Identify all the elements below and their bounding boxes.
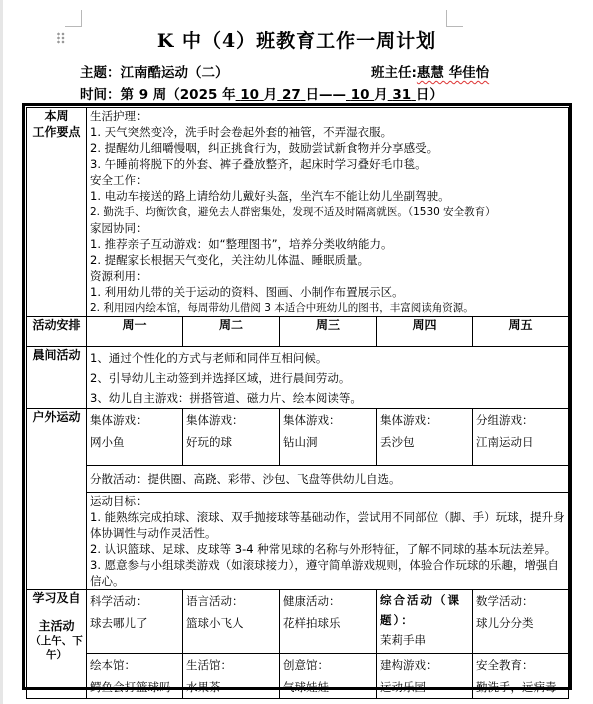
game-name: 江南运动日: [476, 431, 565, 453]
activity-type: 建构游戏：: [380, 654, 469, 676]
day-wednesday: 周三: [280, 317, 377, 347]
activity-name: 勤洗手，远病毒: [476, 676, 565, 698]
crop-mark-top-right: [446, 10, 463, 27]
label-line-2: 工作要点: [30, 124, 83, 140]
date-dash: ——: [319, 87, 346, 103]
outdoor-game-thu[interactable]: 集体游戏：丢沙包: [377, 409, 473, 466]
game-name: 钻山洞: [283, 431, 373, 453]
goal-2: 2. 认识篮球、足球、皮球等 3-4 种常见球的名称与外形特征，了解不同球的基本…: [90, 541, 565, 557]
time-label: 时间：: [80, 87, 121, 103]
day-friday: 周五: [473, 317, 569, 347]
afternoon-thu[interactable]: 建构游戏：运动乐园: [377, 654, 473, 699]
outdoor-goals[interactable]: 运动目标： 1. 能熟练完成拍球、滚球、双手抛接球等基础动作，尝试用不同部位（脚…: [87, 493, 569, 590]
outdoor-game-mon[interactable]: 集体游戏：网小鱼: [87, 409, 183, 466]
outdoor-free-row: 分散活动：提供圈、高跷、彩带、沙包、飞盘等供幼儿自选。: [27, 466, 569, 493]
activity-name: 茉莉手串: [380, 630, 469, 650]
document-title: K 中（4）班教育工作一周计划: [0, 26, 593, 53]
care-item-3: 3. 午睡前将脱下的外套、裤子叠放整齐，起床时学习叠好毛巾毯。: [90, 156, 565, 172]
weekly-focus-content[interactable]: 生活护理： 1. 天气突然变冷，洗手时会卷起外套的袖管，不弄湿衣服。 2. 提醒…: [87, 108, 569, 317]
afternoon-wed[interactable]: 创意馆：气球娃娃: [280, 654, 377, 699]
activity-type: 生活馆：: [186, 654, 276, 676]
teacher-names: 惠慧 华佳怡: [417, 65, 489, 81]
afternoon-mon[interactable]: 绘本馆：鳄鱼会打篮球吗: [87, 654, 183, 699]
outdoor-label: 户外运动: [27, 409, 87, 590]
morning-item-3: 3、幼儿自主游戏：拼搭管道、磁力片、绘本阅读等。: [90, 388, 565, 408]
outdoor-game-tue[interactable]: 集体游戏：好玩的球: [183, 409, 280, 466]
game-type: 集体游戏：: [186, 409, 276, 431]
outdoor-games-row: 户外运动 集体游戏：网小鱼 集体游戏：好玩的球 集体游戏：钻山洞 集体游戏：丢沙…: [27, 409, 569, 466]
outdoor-goals-row: 运动目标： 1. 能熟练完成拍球、滚球、双手抛接球等基础动作，尝试用不同部位（脚…: [27, 493, 569, 590]
theme-value: 江南酷运动（二）: [121, 65, 229, 81]
activity-name: 球儿分分类: [476, 612, 565, 634]
safety-item-1: 1. 电动车接送的路上请给幼儿戴好头盔，坐汽车不能让幼儿坐副驾驶。: [90, 188, 565, 204]
game-type: 分组游戏：: [476, 409, 565, 431]
learning-label: 学习及自 主活动 （上午、下午）: [27, 590, 87, 699]
crop-mark-top-left: [65, 10, 82, 27]
learning-label-3: （上午、下午）: [30, 634, 83, 662]
day-tuesday: 周二: [183, 317, 280, 347]
weekly-plan-table: 本周 工作要点 生活护理： 1. 天气突然变冷，洗手时会卷起外套的袖管，不弄湿衣…: [22, 103, 572, 690]
resources-item-1: 1. 利用幼儿带的关于运动的资料、图画、小制作布置展示区。: [90, 284, 565, 300]
end-month: 10: [346, 87, 374, 103]
morning-label: 晨间活动: [27, 347, 87, 409]
resources-item-2: 2. 利用园内绘本馆，每周带幼儿借阅 3 本适合中班幼儿的图书，丰富阅读角资源。: [90, 300, 565, 316]
time-line: 时间：第 9 周（2025 年 10 月 27 日—— 10 月 31 日）: [80, 83, 443, 103]
theme-label: 主题：: [80, 65, 121, 81]
start-month: 10: [236, 87, 264, 103]
learning-morning-row: 学习及自 主活动 （上午、下午） 科学活动：球去哪儿了 语言活动：篮球小飞人 健…: [27, 590, 569, 654]
schedule-label: 活动安排: [27, 317, 87, 347]
morning-item-2: 2、引导幼儿主动签到并选择区域，进行晨间劳动。: [90, 368, 565, 388]
time-prefix: 第 9 周（2025 年: [121, 87, 236, 103]
section-heading-home: 家园协同：: [90, 220, 565, 236]
learning-afternoon-row: 绘本馆：鳄鱼会打篮球吗 生活馆：水果茶 创意馆：气球娃娃 建构游戏：运动乐园 安…: [27, 654, 569, 699]
activity-type: 健康活动：: [283, 590, 373, 612]
learning-label-1: 学习及自: [30, 590, 83, 606]
activity-type: 语言活动：: [186, 590, 276, 612]
game-name: 好玩的球: [186, 431, 276, 453]
activity-name: 篮球小飞人: [186, 612, 276, 634]
home-item-1: 1. 推荐亲子互动游戏：如“整理图书”，培养分类收纳能力。: [90, 236, 565, 252]
start-day: 27: [277, 87, 305, 103]
game-type: 集体游戏：: [90, 409, 179, 431]
learning-mon[interactable]: 科学活动：球去哪儿了: [87, 590, 183, 654]
theme-line: 主题：江南酷运动（二）: [80, 61, 229, 81]
home-item-2: 2. 提醒家长根据天气变化，关注幼儿体温、睡眠质量。: [90, 252, 565, 268]
afternoon-tue[interactable]: 生活馆：水果茶: [183, 654, 280, 699]
day-monday: 周一: [87, 317, 183, 347]
activity-type: 创意馆：: [283, 654, 373, 676]
learning-label-2: 主活动: [30, 618, 83, 634]
day-char: 日: [305, 87, 319, 103]
page-left-edge: [0, 0, 3, 704]
outdoor-game-wed[interactable]: 集体游戏：钻山洞: [280, 409, 377, 466]
activity-type: 科学活动：: [90, 590, 179, 612]
goal-3: 3. 愿意参与小组球类游戏（如滚球接力），遵守简单游戏规则，体验合作玩球的乐趣，…: [90, 557, 565, 589]
teacher-line: 班主任:惠慧 华佳怡: [371, 61, 489, 81]
weekly-focus-row: 本周 工作要点 生活护理： 1. 天气突然变冷，洗手时会卷起外套的袖管，不弄湿衣…: [27, 108, 569, 317]
outdoor-free-play[interactable]: 分散活动：提供圈、高跷、彩带、沙包、飞盘等供幼儿自选。: [87, 466, 569, 493]
activity-type: 安全教育：: [476, 654, 565, 676]
safety-item-2: 2. 勤洗手、均衡饮食，避免去人群密集处，发现不适及时隔离就医。（1530 安全…: [90, 204, 565, 220]
month-char-2: 月: [374, 87, 388, 103]
weekly-focus-label: 本周 工作要点: [27, 108, 87, 317]
game-name: 丢沙包: [380, 431, 469, 453]
care-item-2: 2. 提醒幼儿细嚼慢咽，纠正挑食行为，鼓励尝试新食物并分享感受。: [90, 140, 565, 156]
morning-item-1: 1、通过个性化的方式与老师和同伴互相问候。: [90, 348, 565, 368]
game-name: 网小鱼: [90, 431, 179, 453]
care-item-1: 1. 天气突然变冷，洗手时会卷起外套的袖管，不弄湿衣服。: [90, 124, 565, 140]
goals-heading: 运动目标：: [90, 493, 565, 509]
end-day: 31: [388, 87, 416, 103]
learning-wed[interactable]: 健康活动：花样拍球乐: [280, 590, 377, 654]
activity-type: 综合活动（课题）：: [380, 590, 469, 630]
goal-1: 1. 能熟练完成拍球、滚球、双手抛接球等基础动作，尝试用不同部位（脚、手）玩球，…: [90, 509, 565, 541]
game-type: 集体游戏：: [380, 409, 469, 431]
learning-thu[interactable]: 综合活动（课题）：茉莉手串: [377, 590, 473, 654]
outdoor-game-fri[interactable]: 分组游戏：江南运动日: [473, 409, 569, 466]
learning-fri[interactable]: 数学活动：球儿分分类: [473, 590, 569, 654]
activity-name: 球去哪儿了: [90, 612, 179, 634]
afternoon-fri[interactable]: 安全教育：勤洗手，远病毒: [473, 654, 569, 699]
activity-name: 运动乐园: [380, 676, 469, 698]
day-thursday: 周四: [377, 317, 473, 347]
teacher-label: 班主任:: [371, 65, 417, 81]
activity-name: 气球娃娃: [283, 676, 373, 698]
plan-grid: 本周 工作要点 生活护理： 1. 天气突然变冷，洗手时会卷起外套的袖管，不弄湿衣…: [26, 107, 569, 699]
activity-name: 鳄鱼会打篮球吗: [90, 676, 179, 698]
morning-row: 晨间活动 1、通过个性化的方式与老师和同伴互相问候。 2、引导幼儿主动签到并选择…: [27, 347, 569, 409]
section-heading-care: 生活护理：: [90, 108, 565, 124]
section-heading-resources: 资源利用：: [90, 268, 565, 284]
morning-content[interactable]: 1、通过个性化的方式与老师和同伴互相问候。 2、引导幼儿主动签到并选择区域，进行…: [87, 347, 569, 409]
activity-name: 花样拍球乐: [283, 612, 373, 634]
schedule-header-row: 活动安排 周一 周二 周三 周四 周五: [27, 317, 569, 347]
activity-type: 绘本馆：: [90, 654, 179, 676]
time-suffix: 日）: [416, 87, 443, 103]
month-char: 月: [264, 87, 278, 103]
label-line-1: 本周: [30, 108, 83, 124]
activity-type: 数学活动：: [476, 590, 565, 612]
section-heading-safety: 安全工作：: [90, 172, 565, 188]
activity-name: 水果茶: [186, 676, 276, 698]
game-type: 集体游戏：: [283, 409, 373, 431]
learning-tue[interactable]: 语言活动：篮球小飞人: [183, 590, 280, 654]
